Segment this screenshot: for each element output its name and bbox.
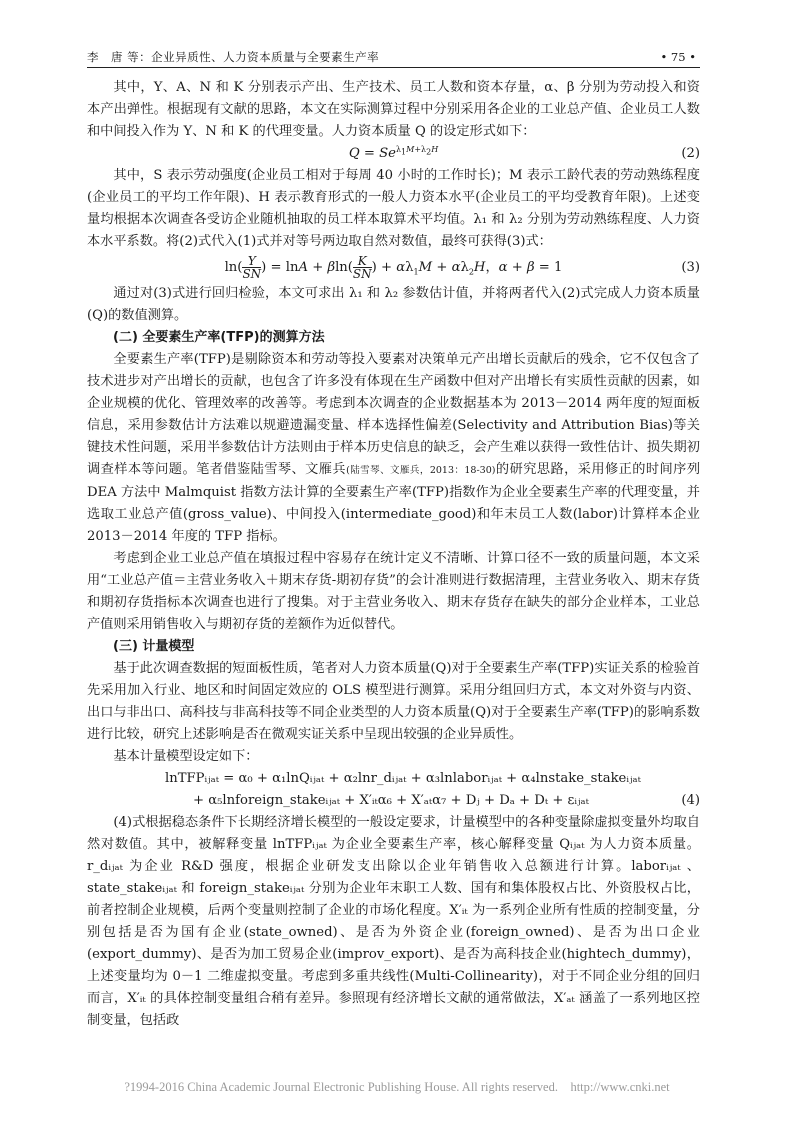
copyright-text: ?1994-2016 China Academic Journal Electr… — [124, 1080, 558, 1094]
copyright-footer: ?1994-2016 China Academic Journal Electr… — [0, 1080, 794, 1095]
section-heading-model: (三) 计量模型 — [87, 636, 700, 658]
paragraph-1: 其中，Y、A、N 和 K 分别表示产出、生产技术、员工人数和资本存量，α、β 分… — [87, 77, 700, 143]
page-number: • 75 • — [660, 48, 696, 66]
paragraph-8: (4)式根据稳态条件下长期经济增长模型的一般设定要求，计量模型中的各种变量除虚拟… — [87, 812, 700, 1032]
paragraph-3: 通过对(3)式进行回归检验，本文可求出 λ₁ 和 λ₂ 参数估计值，并将两者代入… — [87, 283, 700, 327]
paragraph-7: 基本计量模型设定如下： — [87, 746, 700, 768]
running-header: 李 唐 等：企业异质性、人力资本质量与全要素生产率 • 75 • — [87, 48, 700, 66]
equation-4-number: (4) — [681, 790, 700, 812]
paragraph-4-part-a: 全要素生产率(TFP)是剔除资本和劳动等投入要素对决策单元产出增长贡献后的残余，… — [87, 352, 700, 477]
header-rule — [87, 67, 700, 68]
section-heading-tfp-method: (二) 全要素生产率(TFP)的测算方法 — [87, 327, 700, 349]
footer-url[interactable]: http://www.cnki.net — [570, 1080, 669, 1094]
equation-2-number: (2) — [681, 143, 700, 165]
equation-3-number: (3) — [681, 253, 700, 283]
paragraph-5: 考虑到企业工业总产值在填报过程中容易存在统计定义不清晰、计算口径不一致的质量问题… — [87, 548, 700, 636]
paragraph-2: 其中，S 表示劳动强度(企业员工相对于每周 40 小时的工作时长)；M 表示工龄… — [87, 165, 700, 253]
citation: (陆雪琴、文雁兵，2013：18-30) — [346, 465, 495, 476]
equation-4: lnTFPᵢⱼₐₜ = α₀ + α₁lnQᵢⱼₐₜ + α₂lnr_dᵢⱼₐₜ… — [87, 768, 700, 812]
equation-3-formula: ln(YSN) = lnA + βln(KSN) + αλ1M + αλ2H，α… — [225, 260, 563, 275]
equation-3: ln(YSN) = lnA + βln(KSN) + αλ1M + αλ2H，α… — [87, 253, 700, 283]
paragraph-4: 全要素生产率(TFP)是剔除资本和劳动等投入要素对决策单元产出增长贡献后的残余，… — [87, 349, 700, 548]
equation-4-line-2: + α₅lnforeign_stakeᵢⱼₐₜ + X′ᵢₜα₆ + X′ₐₜα… — [193, 790, 589, 812]
equation-2: Q = Seλ1M+λ2H (2) — [87, 143, 700, 165]
paragraph-6: 基于此次调查数据的短面板性质，笔者对人力资本质量(Q)对于全要素生产率(TFP)… — [87, 658, 700, 746]
article-body: 其中，Y、A、N 和 K 分别表示产出、生产技术、员工人数和资本存量，α、β 分… — [87, 77, 700, 1032]
equation-4-line-1: lnTFPᵢⱼₐₜ = α₀ + α₁lnQᵢⱼₐₜ + α₂lnr_dᵢⱼₐₜ… — [165, 768, 641, 790]
equation-2-formula: Q = Seλ1M+λ2H — [349, 146, 438, 161]
running-title: 李 唐 等：企业异质性、人力资本质量与全要素生产率 — [87, 48, 379, 66]
